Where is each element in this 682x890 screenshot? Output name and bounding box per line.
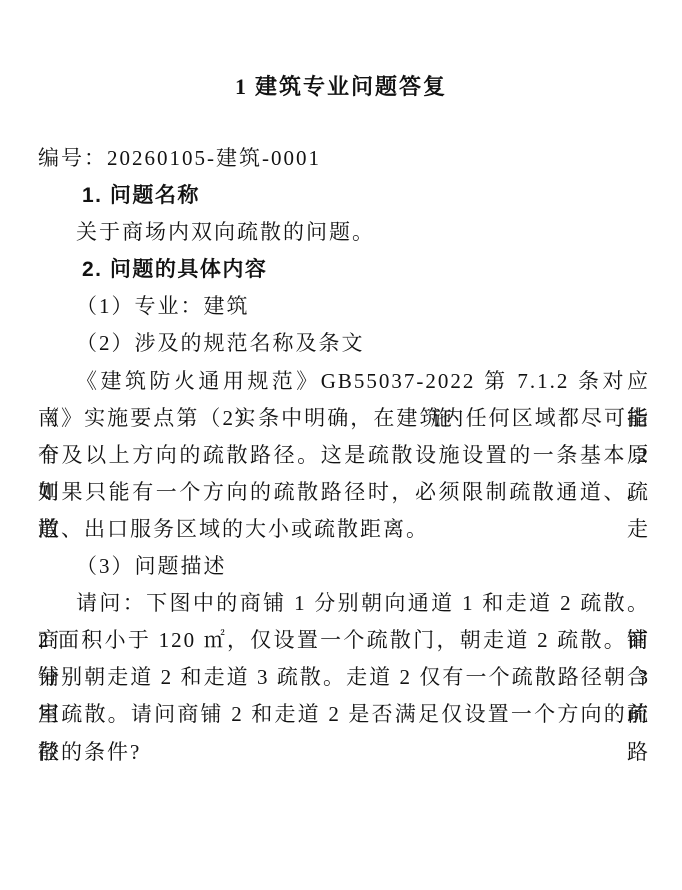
paragraph-line: 分别朝走道 2 和走道 3 疏散。走道 2 仅有一个疏散路径朝合用前 (38, 659, 650, 696)
page-title-number: 1 (235, 74, 246, 99)
paragraph-line: （2）涉及的规范名称及条文 (38, 325, 650, 362)
page-title: 1建筑专业问题答复 (0, 74, 682, 100)
section-heading: 2. 问题的具体内容 (38, 251, 650, 288)
paragraph-line: 个及以上方向的疏散路径。这是疏散设施设置的一条基本原则。 (38, 437, 650, 474)
doc-number: 编号：20260105-建筑-0001 (38, 140, 650, 177)
paragraph-line: 室疏散。请问商铺 2 和走道 2 是否满足仅设置一个方向的疏散路 (38, 696, 650, 733)
paragraph-line: 南》实施要点第（2）条中明确，在建筑内任何区域都尽可能有 2 (38, 400, 650, 437)
paragraph-line: （3）问题描述 (38, 548, 650, 585)
paragraph-line: 请问：下图中的商铺 1 分别朝向通道 1 和走道 2 疏散。商铺 (38, 585, 650, 622)
paragraph-line: 关于商场内双向疏散的问题。 (38, 214, 650, 251)
paragraph-line: 《建筑防火通用规范》GB55037-2022 第 7.1.2 条对应《实施指 (38, 363, 650, 400)
paragraph-line: 如果只能有一个方向的疏散路径时，必须限制疏散通道、疏散走 (38, 474, 650, 511)
page-title-text: 建筑专业问题答复 (255, 74, 447, 99)
section-heading: 1. 问题名称 (38, 177, 650, 214)
paragraph-line: （1）专业：建筑 (38, 288, 650, 325)
document-body: 编号：20260105-建筑-00011. 问题名称关于商场内双向疏散的问题。2… (0, 140, 682, 771)
paragraph-line: 2 面积小于 120 ㎡，仅设置一个疏散门，朝走道 2 疏散。商铺 3 (38, 622, 650, 659)
document-page: 1建筑专业问题答复 编号：20260105-建筑-00011. 问题名称关于商场… (0, 0, 682, 890)
